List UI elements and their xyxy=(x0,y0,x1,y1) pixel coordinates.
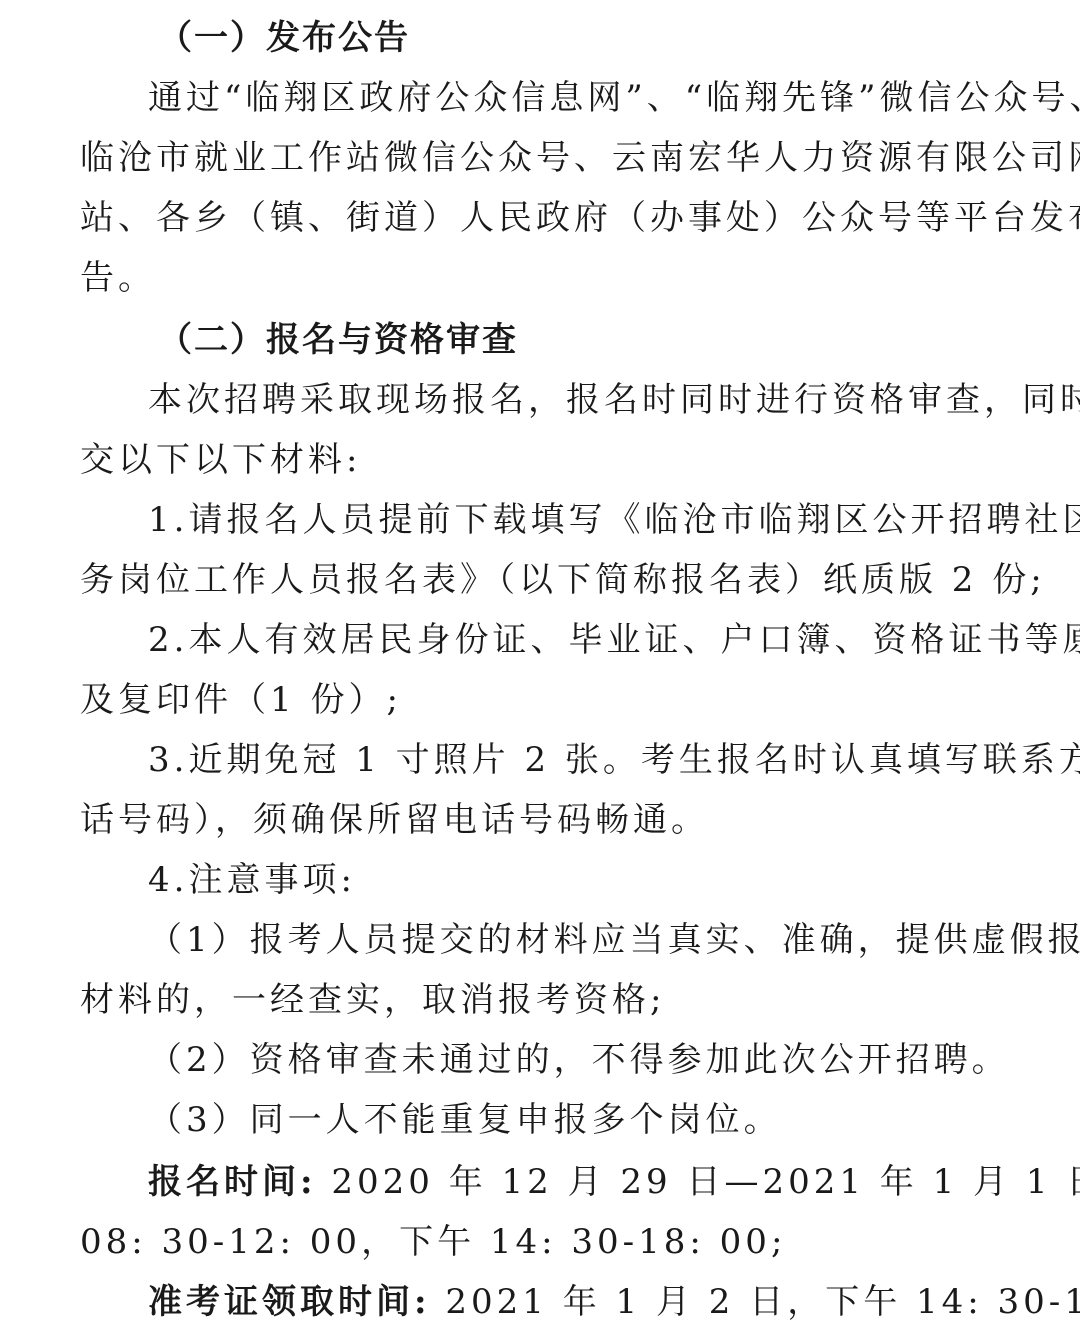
note-3: （3）同一人不能重复申报多个岗位。 xyxy=(148,1090,782,1150)
list-item-2-cont: 及复印件（1 份）; xyxy=(80,670,402,730)
note-2: （2）资格审查未通过的，不得参加此次公开招聘。 xyxy=(148,1030,1010,1090)
list-item-4-title: 4.注意事项: xyxy=(148,850,356,910)
paragraph-line: 交以下以下材料: xyxy=(80,430,361,490)
registration-time: 报名时间: 2020 年 12 月 29 日—2021 年 1 月 1 日，上午 xyxy=(148,1152,1080,1212)
note-1-cont: 材料的，一经查实，取消报考资格; xyxy=(80,970,665,1030)
list-item-1-cont: 务岗位工作人员报名表》（以下简称报名表）纸质版 2 份; xyxy=(80,550,1046,610)
list-item-2: 2.本人有效居民身份证、毕业证、户口簿、资格证书等原件 xyxy=(148,610,1080,670)
paragraph-line: 临沧市就业工作站微信公众号、云南宏华人力资源有限公司网 xyxy=(80,128,1080,188)
section-heading-registration: （二）报名与资格审查 xyxy=(158,310,518,370)
note-1: （1）报考人员提交的材料应当真实、准确，提供虚假报考 xyxy=(148,910,1080,970)
ticket-time-label: 准考证领取时间: xyxy=(148,1282,431,1322)
list-item-3-cont: 话号码），须确保所留电话号码畅通。 xyxy=(80,790,709,850)
list-item-3: 3.近期免冠 1 寸照片 2 张。考生报名时认真填写联系方式(电 xyxy=(148,730,1080,790)
paragraph-line: 通过“临翔区政府公众信息网”、“临翔先锋”微信公众号、 xyxy=(148,68,1080,128)
ticket-time-value: 2021 年 1 月 2 日，下午 14: 30-18: 00; xyxy=(431,1282,1080,1322)
paragraph-line: 站、各乡（镇、街道）人民政府（办事处）公众号等平台发布公 xyxy=(80,188,1080,248)
paragraph-line: 告。 xyxy=(80,248,156,308)
registration-time-label: 报名时间: xyxy=(148,1162,317,1202)
ticket-time: 准考证领取时间: 2021 年 1 月 2 日，下午 14: 30-18: 00… xyxy=(148,1272,1080,1332)
registration-time-value: 2020 年 12 月 29 日—2021 年 1 月 1 日，上午 xyxy=(317,1162,1080,1202)
section-heading-publish: （一）发布公告 xyxy=(158,8,410,68)
registration-time-cont: 08: 30-12: 00，下午 14: 30-18: 00; xyxy=(80,1212,786,1272)
list-item-1: 1.请报名人员提前下载填写《临沧市临翔区公开招聘社区服 xyxy=(148,490,1080,550)
paragraph-line: 本次招聘采取现场报名，报名时同时进行资格审查，同时提 xyxy=(148,370,1080,430)
